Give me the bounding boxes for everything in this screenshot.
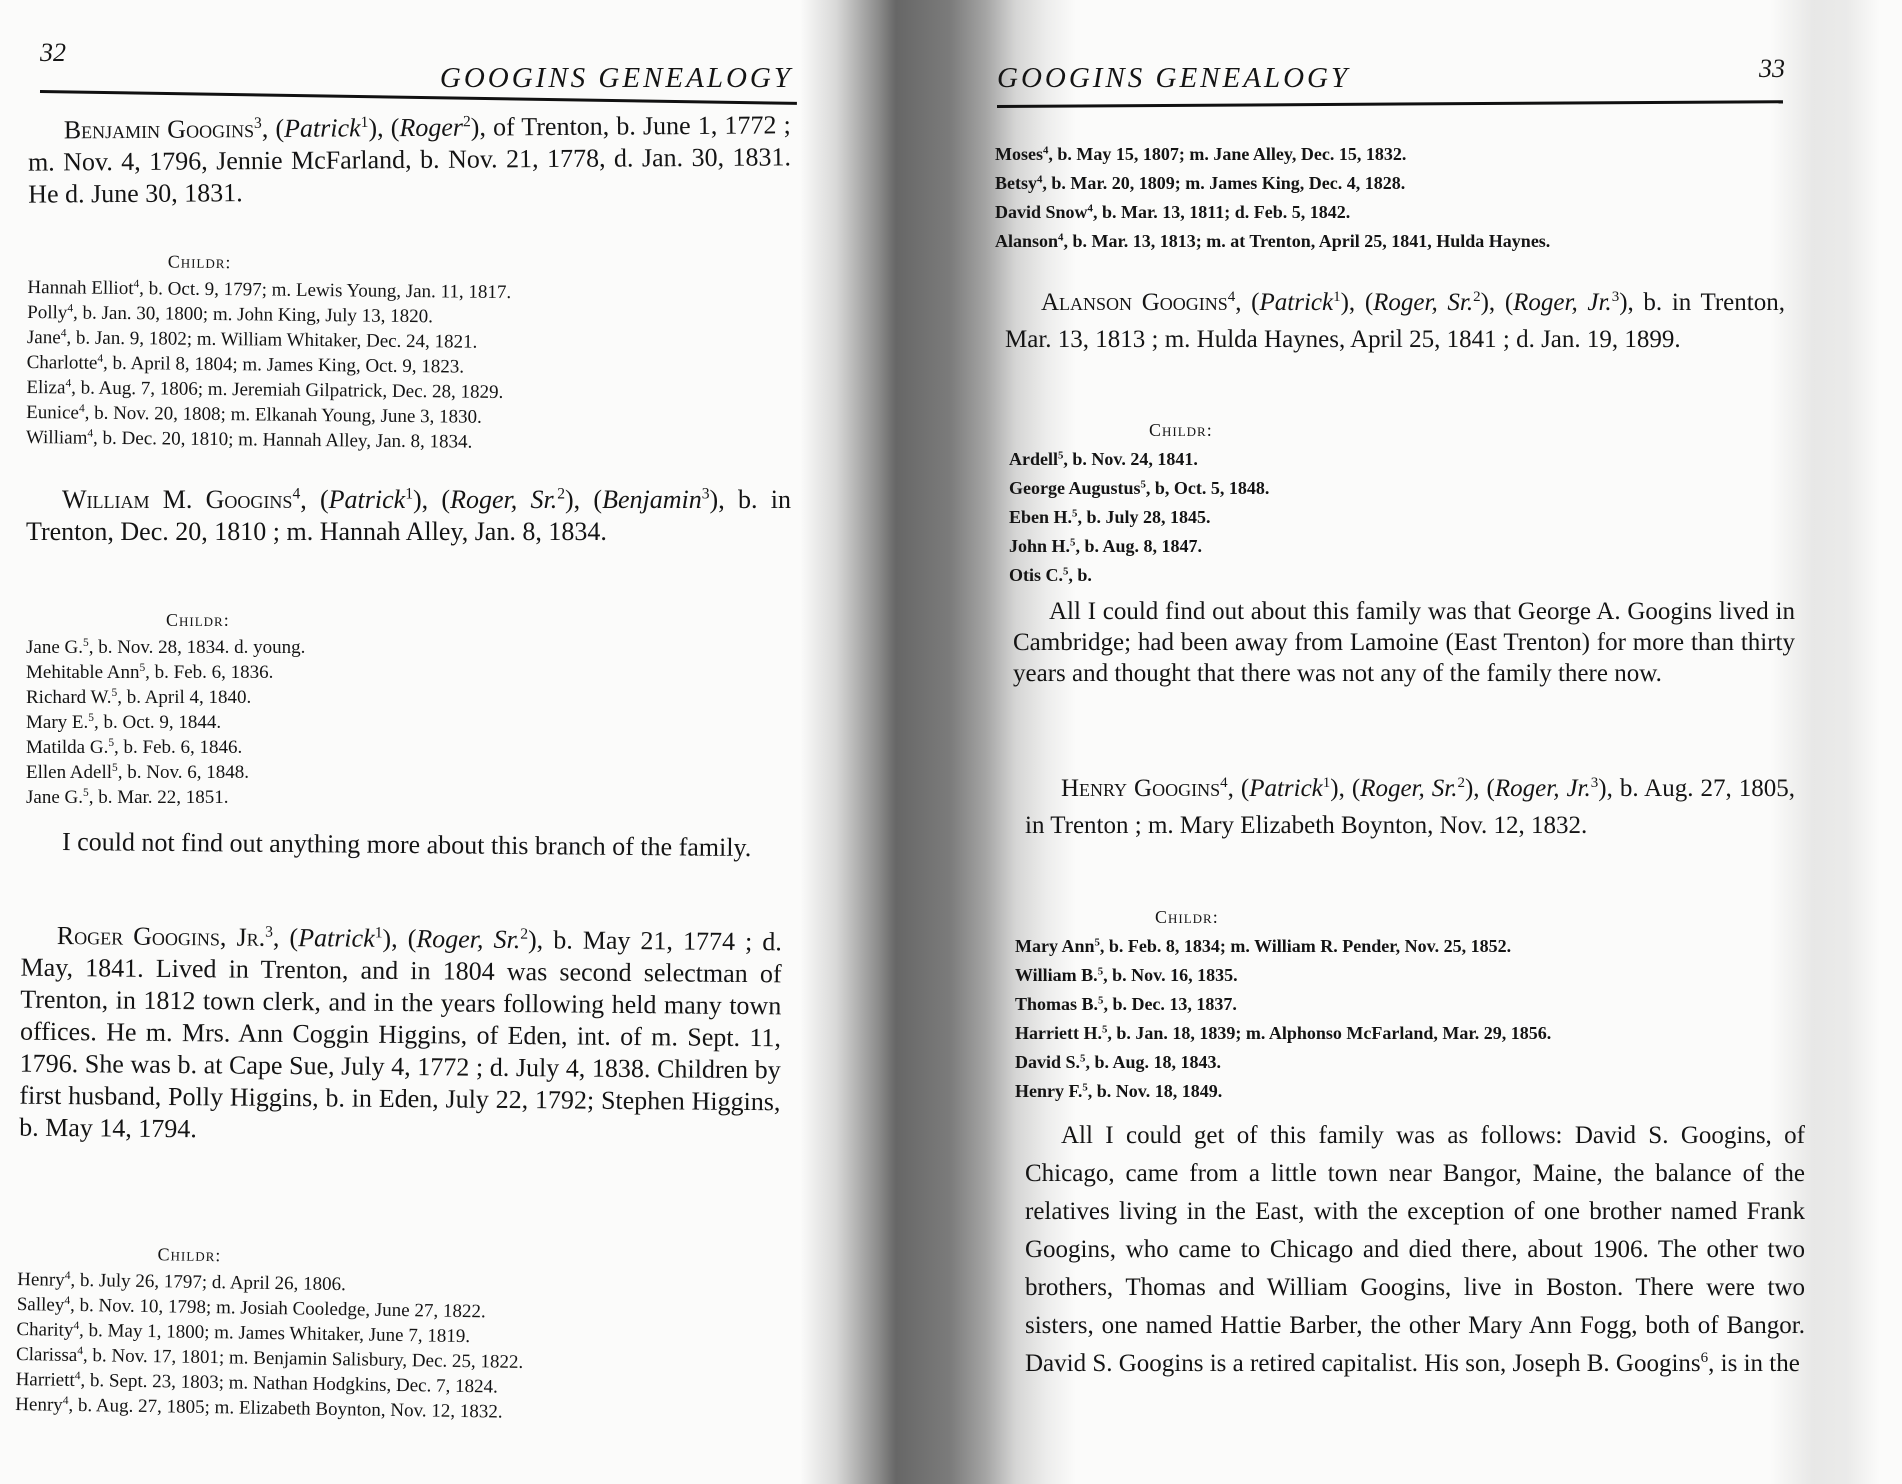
children-heading: Childr: <box>17 1242 525 1271</box>
list-item: William4, b. Dec. 20, 1810; m. Hannah Al… <box>26 425 510 455</box>
list-item: Moses4, b. May 15, 1807; m. Jane Alley, … <box>995 140 1550 169</box>
entry-name: Alanson Googins <box>1041 289 1228 316</box>
list-item: Jane G.5, b. Nov. 28, 1834. d. young. <box>26 635 305 660</box>
list-item: George Augustus5, b, Oct. 5, 1848. <box>1009 474 1269 503</box>
list-item: Betsy4, b. Mar. 20, 1809; m. James King,… <box>995 169 1550 198</box>
list-item: Ardell5, b. Nov. 24, 1841. <box>1009 445 1269 474</box>
list-item: John H.5, b. Aug. 8, 1847. <box>1009 532 1269 561</box>
list-item: Henry F.5, b. Nov. 18, 1849. <box>1015 1077 1551 1106</box>
note-alanson-family: All I could find out about this family w… <box>1013 596 1795 689</box>
left-page: 32 GOOGINS GENEALOGY Benjamin Googins3, … <box>18 0 803 100</box>
list-item: Mehitable Ann5, b. Feb. 6, 1836. <box>26 660 305 685</box>
list-item: Harriett H.5, b. Jan. 18, 1839; m. Alpho… <box>1015 1019 1551 1048</box>
running-head-title: GOOGINS GENEALOGY <box>440 62 793 95</box>
children-list-henry: Childr: Mary Ann5, b. Feb. 8, 1834; m. W… <box>1015 895 1551 1106</box>
list-item: Mary E.5, b. Oct. 9, 1844. <box>26 710 305 735</box>
entry-name: Roger Googins, Jr. <box>57 921 266 952</box>
children-heading: Childr: <box>28 250 512 276</box>
entry-name: Henry Googins <box>1061 775 1220 802</box>
children-list-benjamin: Childr: Hannah Elliot4, b. Oct. 9, 1797;… <box>26 238 512 455</box>
children-list-william-m: Childr: Jane G.5, b. Nov. 28, 1834. d. y… <box>26 598 305 810</box>
note-henry-family: All I could get of this family was as fo… <box>1025 1117 1805 1383</box>
children-heading: Childr: <box>26 610 305 631</box>
book-spread: 32 GOOGINS GENEALOGY Benjamin Googins3, … <box>0 0 1902 1484</box>
children-list-alanson: Childr: Ardell5, b. Nov. 24, 1841. Georg… <box>1009 408 1269 590</box>
list-item: Alanson4, b. Mar. 13, 1813; m. at Trento… <box>995 227 1550 256</box>
children-heading: Childr: <box>1009 420 1269 441</box>
list-item: Mary Ann5, b. Feb. 8, 1834; m. William R… <box>1015 932 1551 961</box>
children-heading: Childr: <box>1015 907 1551 928</box>
list-item: Matilda G.5, b. Feb. 6, 1846. <box>26 735 305 760</box>
list-item: David Snow4, b. Mar. 13, 1811; d. Feb. 5… <box>995 198 1550 227</box>
list-item: Ellen Adell5, b. Nov. 6, 1848. <box>26 760 305 785</box>
list-item: William B.5, b. Nov. 16, 1835. <box>1015 961 1551 990</box>
page-number: 32 <box>40 38 66 68</box>
list-item: Otis C.5, b. <box>1009 561 1269 590</box>
list-item: Richard W.5, b. April 4, 1840. <box>26 685 305 710</box>
entry-roger-jr: Roger Googins, Jr.3, (Patrick1), (Roger,… <box>19 920 782 1151</box>
list-item: Thomas B.5, b. Dec. 13, 1837. <box>1015 990 1551 1019</box>
children-list-continued: Moses4, b. May 15, 1807; m. Jane Alley, … <box>995 140 1550 256</box>
running-head-left: 32 GOOGINS GENEALOGY <box>18 0 803 100</box>
right-page: GOOGINS GENEALOGY 33 Moses4, b. May 15, … <box>995 0 1795 100</box>
page-number: 33 <box>1759 54 1785 84</box>
entry-william-m: William M. Googins4, (Patrick1), (Roger,… <box>26 484 791 548</box>
list-item: Jane G.5, b. Mar. 22, 1851. <box>26 785 305 810</box>
list-item: David S.5, b. Aug. 18, 1843. <box>1015 1048 1551 1077</box>
entry-name: Benjamin Googins <box>64 114 254 144</box>
entry-alanson: Alanson Googins4, (Patrick1), (Roger, Sr… <box>1005 284 1785 358</box>
entry-henry: Henry Googins4, (Patrick1), (Roger, Sr.2… <box>1025 770 1795 844</box>
list-item: Eben H.5, b. July 28, 1845. <box>1009 503 1269 532</box>
entry-name: William M. Googins <box>62 485 292 514</box>
children-list-roger-jr: Childr: Henry4, b. July 26, 1797; d. Apr… <box>15 1230 525 1425</box>
running-head-title: GOOGINS GENEALOGY <box>997 62 1350 95</box>
entry-benjamin: Benjamin Googins3, (Patrick1), (Roger2),… <box>28 109 792 210</box>
header-rule <box>997 100 1783 108</box>
running-head-right: GOOGINS GENEALOGY 33 <box>995 0 1795 100</box>
note-william-branch: I could not find out anything more about… <box>26 826 783 865</box>
